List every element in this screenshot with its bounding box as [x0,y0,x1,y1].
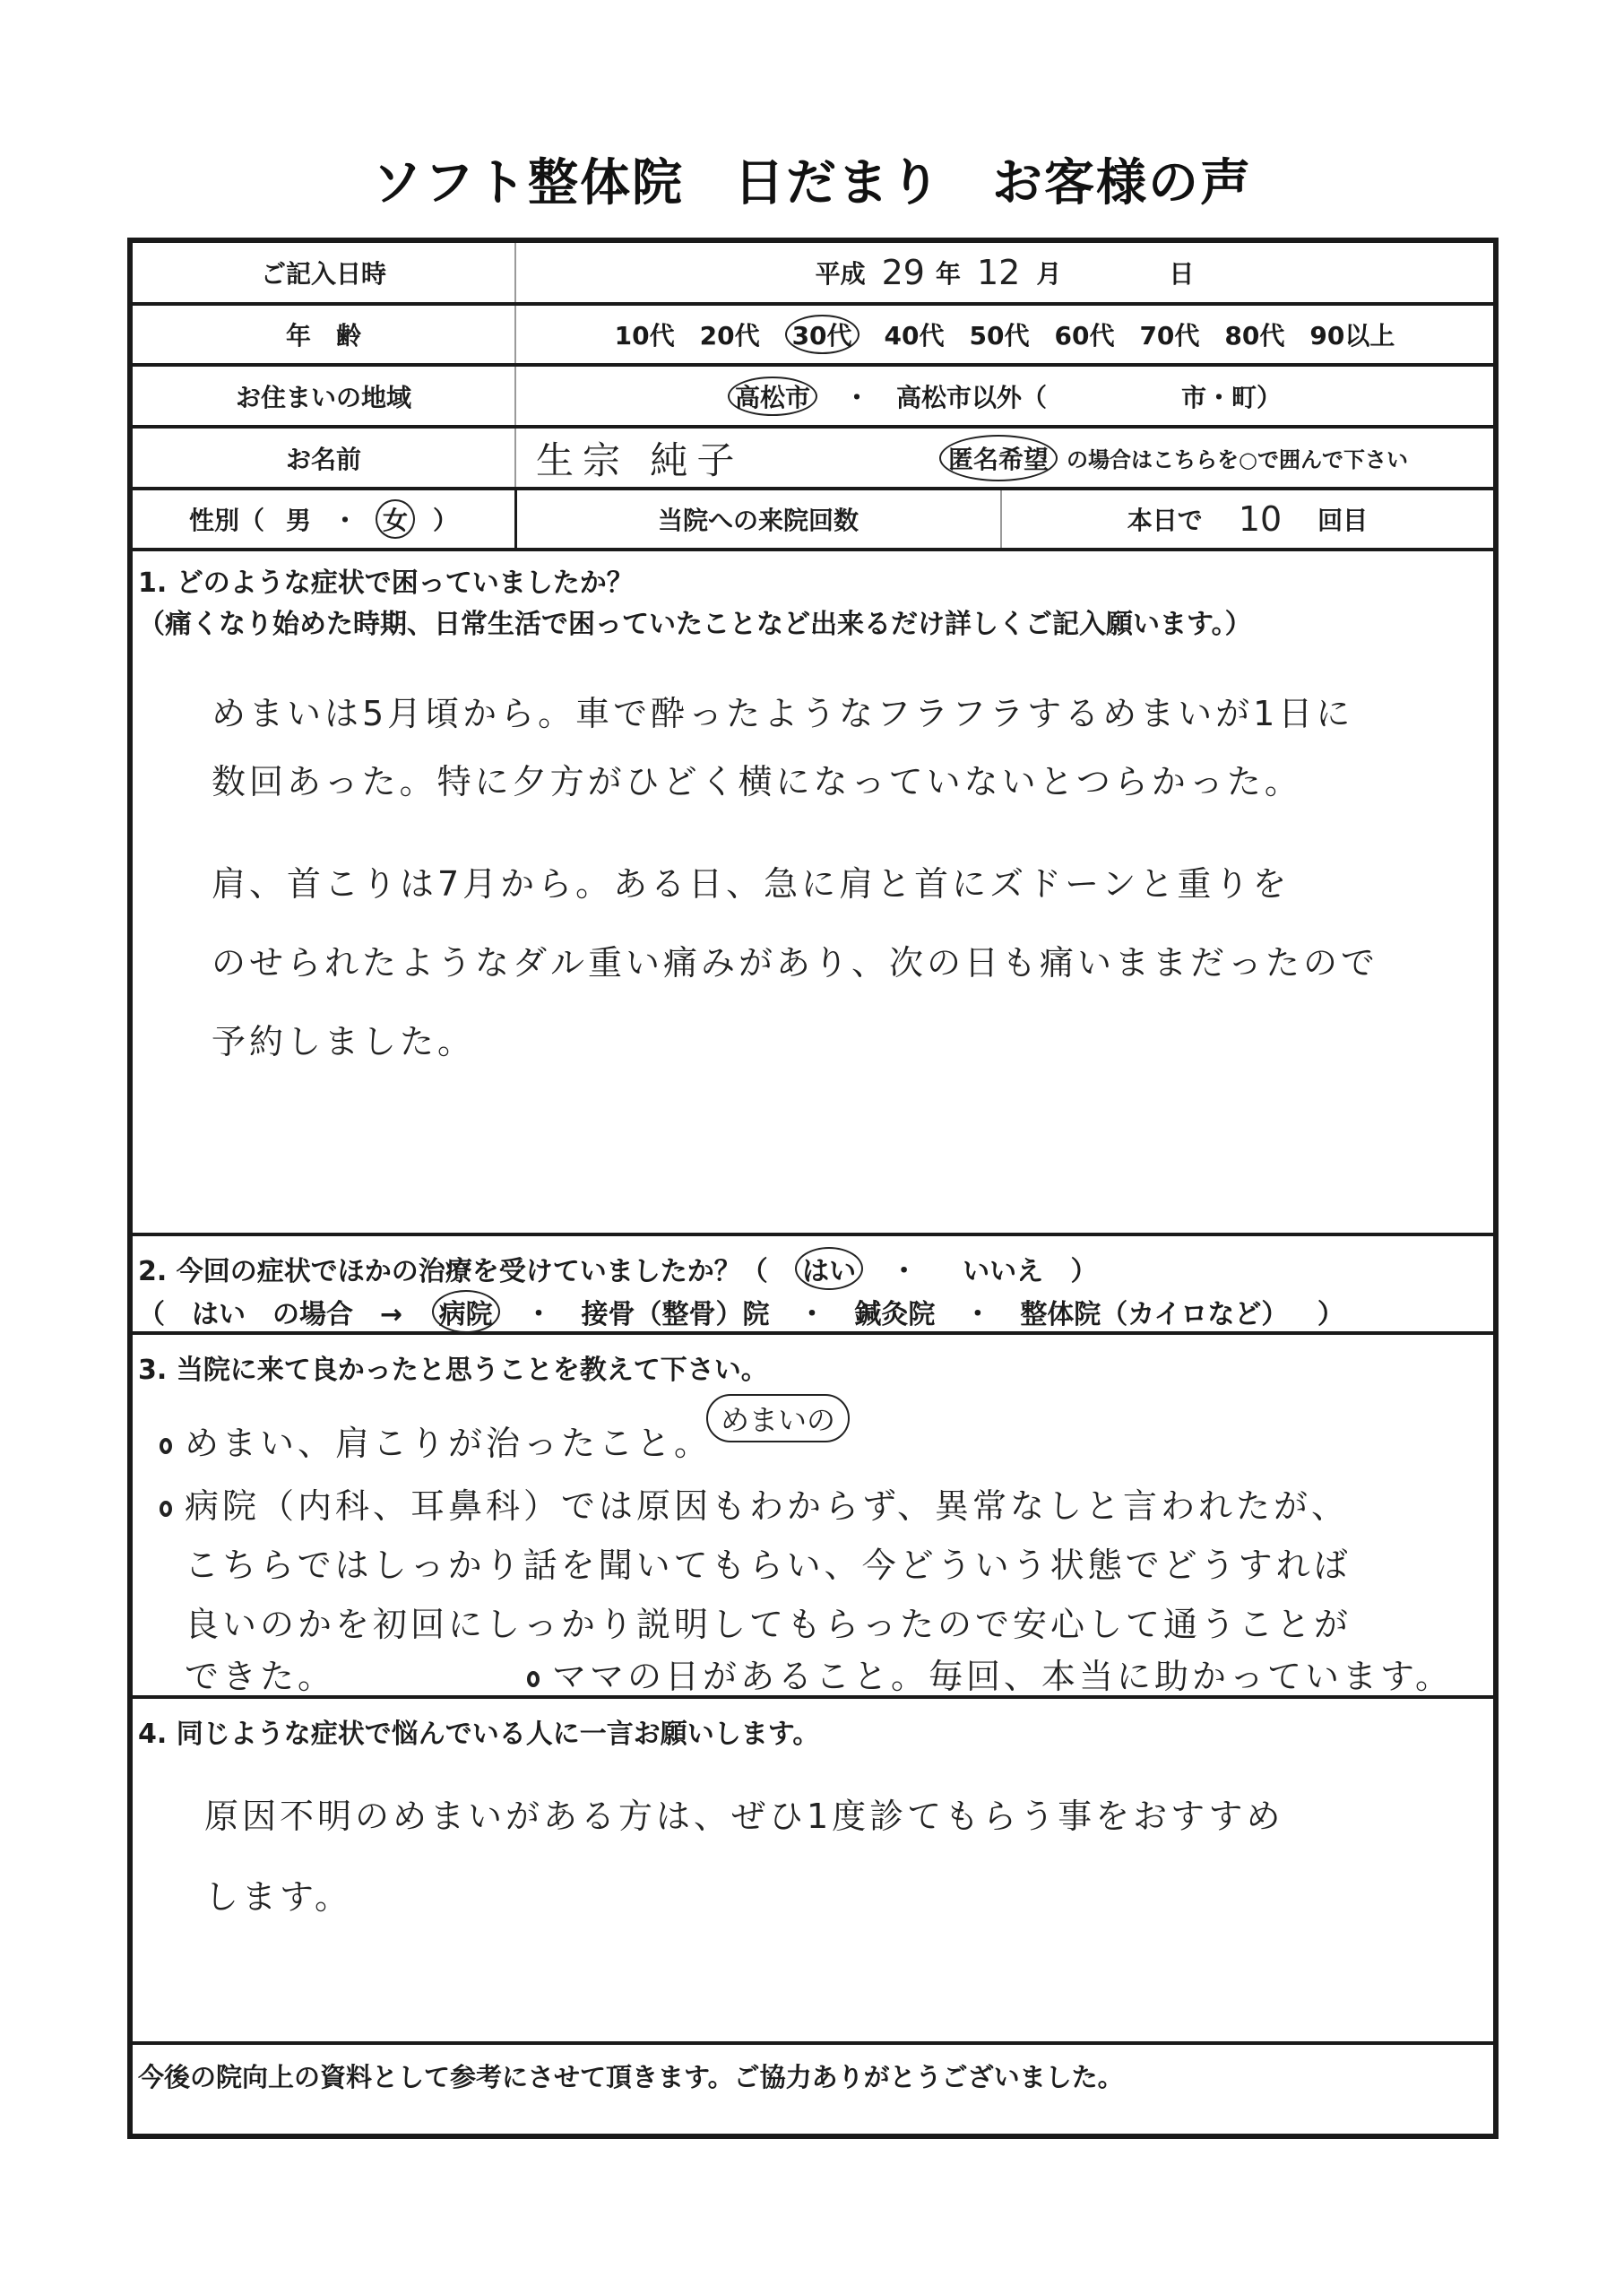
area-other-suffix: 市・町） [1181,378,1282,414]
date-field[interactable]: 平成 29 年 12 月 日 [516,243,1493,302]
question-4-answer-line: 原因不明のめまいがある方は、ぜひ1度診てもらう事をおすすめ [204,1788,1284,1838]
bullet-icon [160,1438,172,1454]
question-1-heading: 1. どのような症状で困っていましたか？ [138,560,634,600]
visits-count[interactable]: 10 [1239,499,1282,539]
anonymous-note: の場合はこちらを○で囲んで下さい [1067,442,1408,473]
name-label: お名前 [133,429,514,487]
inserted-note-bubble: めまいの [706,1394,850,1442]
age-option-20[interactable]: 20代 [700,316,760,352]
gender-field: 性別（ 男 ・ 女 ） [133,490,514,548]
date-row: ご記入日時 平成 29 年 12 月 日 [133,243,1493,306]
question-3-answer-line: できた。 [185,1649,335,1698]
q2-option-hospital-selected[interactable]: 病院 [432,1290,500,1333]
question-3-section: 3. 当院に来て良かったと思うことを教えて下さい。 めまい、肩こりが治ったこと。… [133,1335,1493,1699]
question-1-answer-line: 肩、首こりは7月から。ある日、急に肩と首にズドーンと重りを [212,856,1290,905]
question-3-answer-line: めまい、肩こりが治ったこと。 [185,1424,712,1463]
question-3-answer-line: 良いのかを初回にしっかり説明してもらったので安心して通うことが [185,1597,1352,1646]
question-3-answer-item: めまい、肩こりが治ったこと。 [160,1416,712,1465]
age-option-80[interactable]: 80代 [1224,316,1284,352]
q2-separator: ・ [891,1256,918,1287]
q2-option-yes-selected[interactable]: はい [795,1247,863,1290]
question-1-answer-line: のせられたようなダル重い痛みがあり、次の日も痛いままだったので [212,935,1378,984]
footer-section: 今後の院向上の資料として参考にさせて頂きます。ご協力ありがとうございました。 [133,2045,1493,2139]
q2-followup-open: （ はい の場合 → [138,1299,402,1330]
age-option-70[interactable]: 70代 [1139,316,1199,352]
question-3-heading: 3. 当院に来て良かったと思うことを教えて下さい。 [138,1347,768,1387]
question-1-answer-line: めまいは5月頃から。車で酔ったようなフラフラするめまいが1日に [212,686,1353,735]
age-option-90plus[interactable]: 90以上 [1309,316,1395,352]
question-1-answer-line: 予約しました。 [212,1014,475,1063]
area-label: お住まいの地域 [133,367,514,425]
era-label: 平成 [816,255,866,290]
age-label: 年 齢 [133,306,514,363]
form-title: ソフト整体院日だまりお客様の声 [0,143,1624,215]
anonymous-option: 匿名希望 の場合はこちらを○で囲んで下さい [939,429,1495,487]
question-1-section: 1. どのような症状で困っていましたか？ （痛くなり始めた時期、日常生活で困って… [133,551,1493,1236]
age-option-50[interactable]: 50代 [970,316,1030,352]
age-option-30-selected[interactable]: 30代 [785,315,860,354]
age-options: 10代 20代 30代 40代 50代 60代 70代 80代 90以上 [516,306,1493,363]
gender-option-male[interactable]: 男 [286,501,311,537]
question-4-answer-line: します。 [204,1869,352,1918]
divider [514,429,516,487]
month-value[interactable]: 12 [977,253,1020,292]
age-option-10[interactable]: 10代 [615,316,675,352]
visits-suffix: 回目 [1317,501,1368,537]
q2-option-no[interactable]: いいえ [963,1256,1043,1287]
visits-count-field: 本日で 10 回目 [1002,490,1493,548]
question-2-heading: 2. 今回の症状でほかの治療を受けていましたか？（ [138,1256,768,1287]
gender-separator: ・ [333,501,358,537]
name-value[interactable]: 生宗 純子 [536,429,912,487]
gender-close: ） [433,501,458,537]
title-suffix: お客様の声 [992,154,1252,212]
name-row: お名前 生宗 純子 匿名希望 の場合はこちらを○で囲んで下さい [133,429,1493,490]
footer-note: 今後の院向上の資料として参考にさせて頂きます。ご協力ありがとうございました。 [138,2057,1124,2094]
area-option-takamatsu-selected[interactable]: 高松市 [728,377,817,416]
age-row: 年 齢 10代 20代 30代 40代 50代 60代 70代 80代 90以上 [133,306,1493,367]
bullet-icon [160,1501,172,1517]
question-1-answer-line: 数回あった。特に夕方がひどく横になっていないとつらかった。 [212,754,1302,803]
question-3-answer-item: 病院（内科、耳鼻科）では原因もわからず、異常なしと言われたが、 [160,1478,1349,1528]
visits-label: 当院への来院回数 [516,490,1000,548]
anonymous-checkbox-selected[interactable]: 匿名希望 [939,435,1058,481]
question-3-answer-line: 病院（内科、耳鼻科）では原因もわからず、異常なしと言われたが、 [185,1486,1349,1526]
visits-prefix: 本日で [1127,501,1203,537]
bullet-icon [527,1671,540,1687]
age-option-60[interactable]: 60代 [1054,316,1114,352]
area-row: お住まいの地域 高松市 ・ 高松市以外（ 市・町） [133,367,1493,429]
q2-separator: ・ [525,1299,552,1330]
month-unit: 月 [1036,255,1061,290]
question-4-heading: 4. 同じような症状で悩んでいる人に一言お願いします。 [138,1711,819,1751]
question-2-line: 2. 今回の症状でほかの治療を受けていましたか？（ はい ・ いいえ ） [138,1247,1098,1290]
question-4-section: 4. 同じような症状で悩んでいる人に一言お願いします。 原因不明のめまいがある方… [133,1699,1493,2045]
q2-close: ） [1071,1256,1098,1287]
day-unit: 日 [1169,255,1194,290]
question-1-subheading: （痛くなり始めた時期、日常生活で困っていたことなど出来るだけ詳しくご記入願います… [138,602,1252,641]
title-clinic: ソフト整体院 [372,154,684,212]
title-name: 日だまり [734,154,942,212]
feedback-form: ご記入日時 平成 29 年 12 月 日 年 齢 10代 20代 30代 40代… [127,238,1499,2139]
question-3-extra-item: ママの日があること。毎回、本当に助かっています。 [527,1649,1453,1698]
q2-separator: ・ [964,1299,991,1330]
gender-label: 性別（ [189,501,264,537]
question-2-section: 2. 今回の症状でほかの治療を受けていましたか？（ はい ・ いいえ ） （ は… [133,1236,1493,1335]
q2-followup-close: ） [1317,1299,1344,1330]
year-unit: 年 [936,255,961,290]
gender-visits-row: 性別（ 男 ・ 女 ） 当院への来院回数 本日で 10 回目 [133,490,1493,551]
area-options: 高松市 ・ 高松市以外（ 市・町） [516,367,1493,425]
q2-option-acupuncture[interactable]: 鍼灸院 [854,1299,935,1330]
q2-option-bonesetter[interactable]: 接骨（整骨）院 [582,1299,770,1330]
gender-option-female-selected[interactable]: 女 [376,499,415,539]
date-label: ご記入日時 [133,243,514,302]
question-2-followup: （ はい の場合 → 病院 ・ 接骨（整骨）院 ・ 鍼灸院 ・ 整体院（カイロな… [138,1290,1344,1333]
year-value[interactable]: 29 [882,253,925,292]
area-separator: ・ [844,378,869,414]
age-option-40[interactable]: 40代 [885,316,945,352]
area-option-other[interactable]: 高松市以外（ [896,378,1047,414]
q2-separator: ・ [799,1299,825,1330]
question-3-extra-line: ママの日があること。毎回、本当に助かっています。 [552,1657,1453,1696]
question-3-answer-line: こちらではしっかり話を聞いてもらい、今どういう状態でどうすれば [185,1537,1352,1587]
q2-option-chiropractic[interactable]: 整体院（カイロなど） [1020,1299,1288,1330]
